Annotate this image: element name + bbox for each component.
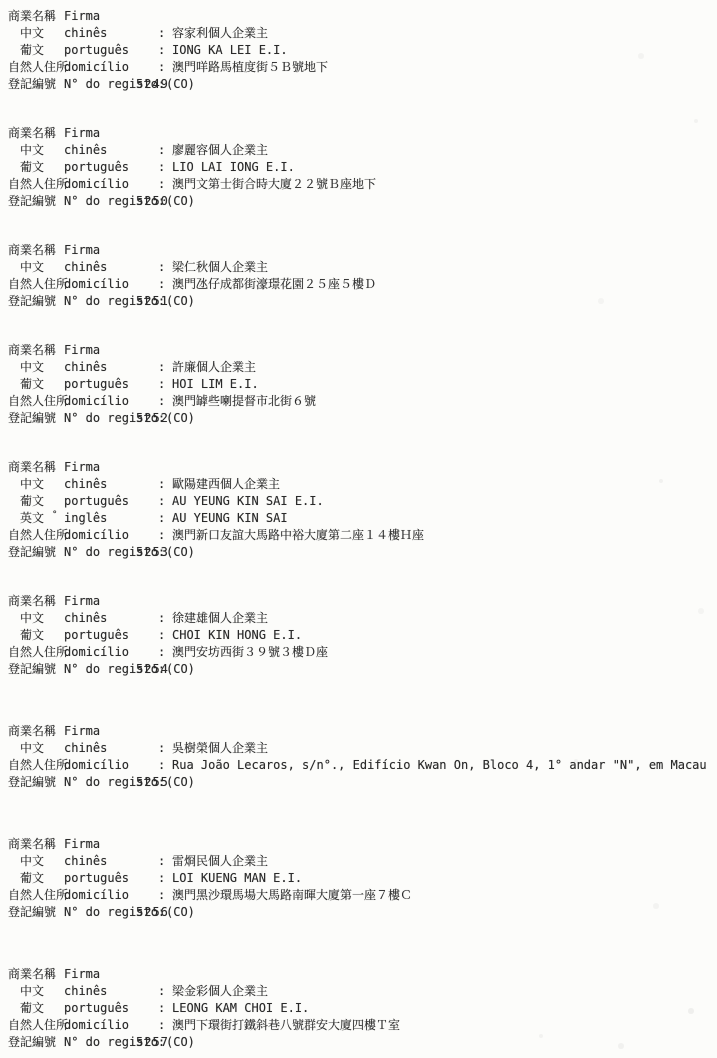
chinese-name-value: 徐建雄個人企業主: [172, 610, 268, 627]
registry-number-row: 登記編號N° do registo:5256(CO): [0, 904, 717, 921]
domicile-value: 澳門文第士街合時大廈２２號Ｂ座地下: [172, 176, 376, 193]
registry-number: 5256: [136, 904, 169, 921]
colon-separator: :: [158, 627, 165, 644]
domicile-row: 自然人住所domicílio:澳門下環街打鐵斜巷八號群安大廈四樓Ｔ室: [0, 1017, 717, 1034]
firma-row: 商業名稱Firma: [0, 723, 717, 740]
chinese-label-zh: 中文: [20, 142, 44, 159]
registry-label-zh: 登記編號: [8, 410, 56, 427]
colon-separator: :: [158, 276, 165, 293]
chinese-name-row: 中文chinês:歐陽建西個人企業主: [0, 476, 717, 493]
colon-separator: :: [158, 176, 165, 193]
registry-suffix: (CO): [166, 774, 195, 791]
domicile-value: 澳門黑沙環馬場大馬路南暉大廈第一座７樓Ｃ: [172, 887, 412, 904]
portuguese-label-zh: 葡文: [20, 42, 44, 59]
domicile-value: 澳門新口友誼大馬路中裕大廈第二座１４樓Ｈ座: [172, 527, 424, 544]
chinese-label-zh: 中文: [20, 259, 44, 276]
chinese-label-zh: 中文: [20, 25, 44, 42]
colon-separator: :: [158, 159, 165, 176]
domicile-label-pt: domicílio: [64, 757, 129, 774]
colon-separator: :: [158, 393, 165, 410]
registry-entry: 商業名稱Firma中文chinês:廖麗容個人企業主葡文português:LI…: [0, 125, 717, 210]
firma-label-zh: 商業名稱: [8, 836, 56, 853]
portuguese-name-value: CHOI KIN HONG E.I.: [172, 627, 302, 644]
chinese-name-row: 中文chinês:雷烱民個人企業主: [0, 853, 717, 870]
chinese-name-value: 許廉個人企業主: [172, 359, 256, 376]
colon-separator: :: [158, 142, 165, 159]
chinese-name-value: 雷烱民個人企業主: [172, 853, 268, 870]
registry-label-zh: 登記編號: [8, 544, 56, 561]
domicile-label-zh: 自然人住所: [8, 176, 68, 193]
portuguese-name-value: AU YEUNG KIN SAI E.I.: [172, 493, 324, 510]
chinese-name-row: 中文chinês:許廉個人企業主: [0, 359, 717, 376]
english-name-row: 英文°inglês:AU YEUNG KIN SAI: [0, 510, 717, 527]
chinese-name-value: 梁金彩個人企業主: [172, 983, 268, 1000]
firma-label-zh: 商業名稱: [8, 242, 56, 259]
chinese-name-row: 中文chinês:梁仁秋個人企業主: [0, 259, 717, 276]
domicile-label-pt: domicílio: [64, 1017, 129, 1034]
registry-number-row: 登記編號N° do registo:5252(CO): [0, 410, 717, 427]
firma-label-pt: Firma: [64, 723, 100, 740]
colon-separator: :: [158, 527, 165, 544]
registry-entry: 商業名稱Firma中文chinês:梁金彩個人企業主葡文português:LE…: [0, 966, 717, 1051]
portuguese-label-pt: português: [64, 870, 129, 887]
colon-separator: :: [158, 983, 165, 1000]
registry-suffix: (CO): [166, 410, 195, 427]
portuguese-label-pt: português: [64, 1000, 129, 1017]
registry-label-zh: 登記編號: [8, 661, 56, 678]
registry-suffix: (CO): [166, 544, 195, 561]
colon-separator: :: [158, 644, 165, 661]
registry-page: 商業名稱Firma中文chinês:容家利個人企業主葡文português:IO…: [0, 0, 717, 1051]
chinese-label-pt: chinês: [64, 142, 107, 159]
registry-label-zh: 登記編號: [8, 193, 56, 210]
colon-separator: :: [158, 853, 165, 870]
chinese-label-zh: 中文: [20, 853, 44, 870]
portuguese-label-pt: português: [64, 159, 129, 176]
portuguese-label-pt: português: [64, 42, 129, 59]
registry-suffix: (CO): [166, 193, 195, 210]
domicile-label-pt: domicílio: [64, 59, 129, 76]
domicile-row: 自然人住所domicílio:澳門罅些喇提督市北街６號: [0, 393, 717, 410]
chinese-label-pt: chinês: [64, 259, 107, 276]
portuguese-name-row: 葡文português:LEONG KAM CHOI E.I.: [0, 1000, 717, 1017]
domicile-label-zh: 自然人住所: [8, 887, 68, 904]
firma-label-zh: 商業名稱: [8, 125, 56, 142]
domicile-label-zh: 自然人住所: [8, 644, 68, 661]
portuguese-name-row: 葡文português:CHOI KIN HONG E.I.: [0, 627, 717, 644]
portuguese-name-value: LEONG KAM CHOI E.I.: [172, 1000, 309, 1017]
firma-row: 商業名稱Firma: [0, 966, 717, 983]
registry-label-zh: 登記編號: [8, 904, 56, 921]
firma-label-pt: Firma: [64, 459, 100, 476]
chinese-name-value: 廖麗容個人企業主: [172, 142, 268, 159]
firma-label-pt: Firma: [64, 593, 100, 610]
firma-label-pt: Firma: [64, 342, 100, 359]
registry-list: 商業名稱Firma中文chinês:容家利個人企業主葡文português:IO…: [0, 8, 717, 1051]
registry-number: 5254: [136, 661, 169, 678]
domicile-row: 自然人住所domicílio:澳門氹仔成都街濠璟花園２５座５樓Ｄ: [0, 276, 717, 293]
registry-number-row: 登記編號N° do registo:5255(CO): [0, 774, 717, 791]
domicile-row: 自然人住所domicílio:澳門咩路馬植度街５Ｂ號地下: [0, 59, 717, 76]
portuguese-name-row: 葡文português:HOI LIM E.I.: [0, 376, 717, 393]
chinese-label-pt: chinês: [64, 853, 107, 870]
portuguese-label-pt: português: [64, 627, 129, 644]
domicile-value: 澳門罅些喇提督市北街６號: [172, 393, 316, 410]
firma-label-pt: Firma: [64, 242, 100, 259]
firma-row: 商業名稱Firma: [0, 593, 717, 610]
registry-label-zh: 登記編號: [8, 293, 56, 310]
domicile-value: 澳門氹仔成都街濠璟花園２５座５樓Ｄ: [172, 276, 376, 293]
firma-label-zh: 商業名稱: [8, 459, 56, 476]
portuguese-label-zh: 葡文: [20, 627, 44, 644]
registry-number-row: 登記編號N° do registo:5257(CO): [0, 1034, 717, 1051]
colon-separator: :: [158, 887, 165, 904]
portuguese-name-row: 葡文português:AU YEUNG KIN SAI E.I.: [0, 493, 717, 510]
colon-separator: :: [158, 740, 165, 757]
registry-number: 5253: [136, 544, 169, 561]
portuguese-name-row: 葡文português:IONG KA LEI E.I.: [0, 42, 717, 59]
chinese-label-zh: 中文: [20, 610, 44, 627]
domicile-label-pt: domicílio: [64, 527, 129, 544]
colon-separator: :: [158, 476, 165, 493]
chinese-label-pt: chinês: [64, 740, 107, 757]
english-label-zh: 英文: [20, 510, 44, 527]
domicile-label-pt: domicílio: [64, 644, 129, 661]
domicile-label-pt: domicílio: [64, 887, 129, 904]
colon-separator: :: [158, 510, 165, 527]
registry-suffix: (CO): [166, 1034, 195, 1051]
registry-entry: 商業名稱Firma中文chinês:歐陽建西個人企業主葡文português:A…: [0, 459, 717, 561]
portuguese-label-zh: 葡文: [20, 376, 44, 393]
colon-separator: :: [158, 1017, 165, 1034]
registry-suffix: (CO): [166, 904, 195, 921]
chinese-name-row: 中文chinês:容家利個人企業主: [0, 25, 717, 42]
portuguese-name-row: 葡文português:LOI KUENG MAN E.I.: [0, 870, 717, 887]
firma-row: 商業名稱Firma: [0, 125, 717, 142]
chinese-label-zh: 中文: [20, 476, 44, 493]
registry-entry: 商業名稱Firma中文chinês:梁仁秋個人企業主自然人住所domicílio…: [0, 242, 717, 310]
registry-number-row: 登記編號N° do registo:5254(CO): [0, 661, 717, 678]
registry-entry: 商業名稱Firma中文chinês:許廉個人企業主葡文português:HOI…: [0, 342, 717, 427]
colon-separator: :: [158, 610, 165, 627]
domicile-label-pt: domicílio: [64, 176, 129, 193]
portuguese-label-zh: 葡文: [20, 159, 44, 176]
firma-label-zh: 商業名稱: [8, 723, 56, 740]
domicile-row: 自然人住所domicílio:Rua João Lecaros, s/n°., …: [0, 757, 717, 774]
portuguese-name-value: HOI LIM E.I.: [172, 376, 259, 393]
chinese-name-value: 梁仁秋個人企業主: [172, 259, 268, 276]
portuguese-label-zh: 葡文: [20, 493, 44, 510]
registry-number-row: 登記編號N° do registo:5251(CO): [0, 293, 717, 310]
colon-separator: :: [158, 870, 165, 887]
portuguese-name-value: LIO LAI IONG E.I.: [172, 159, 295, 176]
english-label-pt: inglês: [64, 510, 107, 527]
firma-row: 商業名稱Firma: [0, 836, 717, 853]
firma-row: 商業名稱Firma: [0, 8, 717, 25]
portuguese-name-value: LOI KUENG MAN E.I.: [172, 870, 302, 887]
domicile-label-zh: 自然人住所: [8, 59, 68, 76]
scan-noise: [0, 0, 2, 2]
chinese-label-pt: chinês: [64, 610, 107, 627]
chinese-label-pt: chinês: [64, 476, 107, 493]
chinese-name-value: 容家利個人企業主: [172, 25, 268, 42]
chinese-label-zh: 中文: [20, 359, 44, 376]
domicile-label-zh: 自然人住所: [8, 757, 68, 774]
colon-separator: :: [158, 259, 165, 276]
chinese-name-row: 中文chinês:徐建雄個人企業主: [0, 610, 717, 627]
domicile-row: 自然人住所domicílio:澳門新口友誼大馬路中裕大廈第二座１４樓Ｈ座: [0, 527, 717, 544]
registry-number-row: 登記編號N° do registo:5249(CO): [0, 76, 717, 93]
firma-label-pt: Firma: [64, 836, 100, 853]
portuguese-name-row: 葡文português:LIO LAI IONG E.I.: [0, 159, 717, 176]
firma-label-zh: 商業名稱: [8, 593, 56, 610]
firma-label-zh: 商業名稱: [8, 8, 56, 25]
portuguese-label-pt: português: [64, 493, 129, 510]
registry-number-row: 登記編號N° do registo:5250(CO): [0, 193, 717, 210]
firma-row: 商業名稱Firma: [0, 459, 717, 476]
colon-separator: :: [158, 757, 165, 774]
domicile-label-pt: domicílio: [64, 393, 129, 410]
registry-entry: 商業名稱Firma中文chinês:徐建雄個人企業主葡文português:CH…: [0, 593, 717, 678]
chinese-label-pt: chinês: [64, 359, 107, 376]
registry-number: 5252: [136, 410, 169, 427]
colon-separator: :: [158, 1000, 165, 1017]
domicile-label-pt: domicílio: [64, 276, 129, 293]
registry-number: 5249: [136, 76, 169, 93]
firma-label-zh: 商業名稱: [8, 342, 56, 359]
registry-label-zh: 登記編號: [8, 76, 56, 93]
colon-separator: :: [158, 359, 165, 376]
chinese-name-row: 中文chinês:吳樹榮個人企業主: [0, 740, 717, 757]
domicile-label-zh: 自然人住所: [8, 1017, 68, 1034]
domicile-row: 自然人住所domicílio:澳門安坊西街３９號３樓Ｄ座: [0, 644, 717, 661]
portuguese-name-value: IONG KA LEI E.I.: [172, 42, 288, 59]
chinese-label-zh: 中文: [20, 983, 44, 1000]
portuguese-label-pt: português: [64, 376, 129, 393]
firma-label-zh: 商業名稱: [8, 966, 56, 983]
chinese-label-pt: chinês: [64, 25, 107, 42]
domicile-label-zh: 自然人住所: [8, 393, 68, 410]
stray-scan-mark: °: [52, 507, 57, 524]
firma-label-pt: Firma: [64, 125, 100, 142]
portuguese-label-zh: 葡文: [20, 1000, 44, 1017]
registry-number: 5257: [136, 1034, 169, 1051]
colon-separator: :: [158, 25, 165, 42]
domicile-value: Rua João Lecaros, s/n°., Edifício Kwan O…: [172, 757, 707, 774]
registry-entry: 商業名稱Firma中文chinês:雷烱民個人企業主葡文português:LO…: [0, 836, 717, 921]
domicile-row: 自然人住所domicílio:澳門文第士街合時大廈２２號Ｂ座地下: [0, 176, 717, 193]
registry-suffix: (CO): [166, 76, 195, 93]
registry-number: 5255: [136, 774, 169, 791]
colon-separator: :: [158, 42, 165, 59]
domicile-value: 澳門下環街打鐵斜巷八號群安大廈四樓Ｔ室: [172, 1017, 400, 1034]
registry-label-zh: 登記編號: [8, 774, 56, 791]
registry-entry: 商業名稱Firma中文chinês:吳樹榮個人企業主自然人住所domicílio…: [0, 723, 717, 791]
registry-number: 5251: [136, 293, 169, 310]
colon-separator: :: [158, 493, 165, 510]
firma-row: 商業名稱Firma: [0, 242, 717, 259]
domicile-value: 澳門咩路馬植度街５Ｂ號地下: [172, 59, 328, 76]
chinese-name-value: 吳樹榮個人企業主: [172, 740, 268, 757]
registry-suffix: (CO): [166, 661, 195, 678]
english-name-value: AU YEUNG KIN SAI: [172, 510, 288, 527]
domicile-label-zh: 自然人住所: [8, 527, 68, 544]
domicile-row: 自然人住所domicílio:澳門黑沙環馬場大馬路南暉大廈第一座７樓Ｃ: [0, 887, 717, 904]
registry-number-row: 登記編號N° do registo:5253(CO): [0, 544, 717, 561]
portuguese-label-zh: 葡文: [20, 870, 44, 887]
firma-label-pt: Firma: [64, 8, 100, 25]
registry-suffix: (CO): [166, 293, 195, 310]
domicile-value: 澳門安坊西街３９號３樓Ｄ座: [172, 644, 328, 661]
colon-separator: :: [158, 376, 165, 393]
firma-row: 商業名稱Firma: [0, 342, 717, 359]
chinese-name-row: 中文chinês:廖麗容個人企業主: [0, 142, 717, 159]
chinese-label-zh: 中文: [20, 740, 44, 757]
registry-number: 5250: [136, 193, 169, 210]
domicile-label-zh: 自然人住所: [8, 276, 68, 293]
registry-label-zh: 登記編號: [8, 1034, 56, 1051]
chinese-name-row: 中文chinês:梁金彩個人企業主: [0, 983, 717, 1000]
chinese-label-pt: chinês: [64, 983, 107, 1000]
registry-entry: 商業名稱Firma中文chinês:容家利個人企業主葡文português:IO…: [0, 8, 717, 93]
colon-separator: :: [158, 59, 165, 76]
firma-label-pt: Firma: [64, 966, 100, 983]
chinese-name-value: 歐陽建西個人企業主: [172, 476, 280, 493]
